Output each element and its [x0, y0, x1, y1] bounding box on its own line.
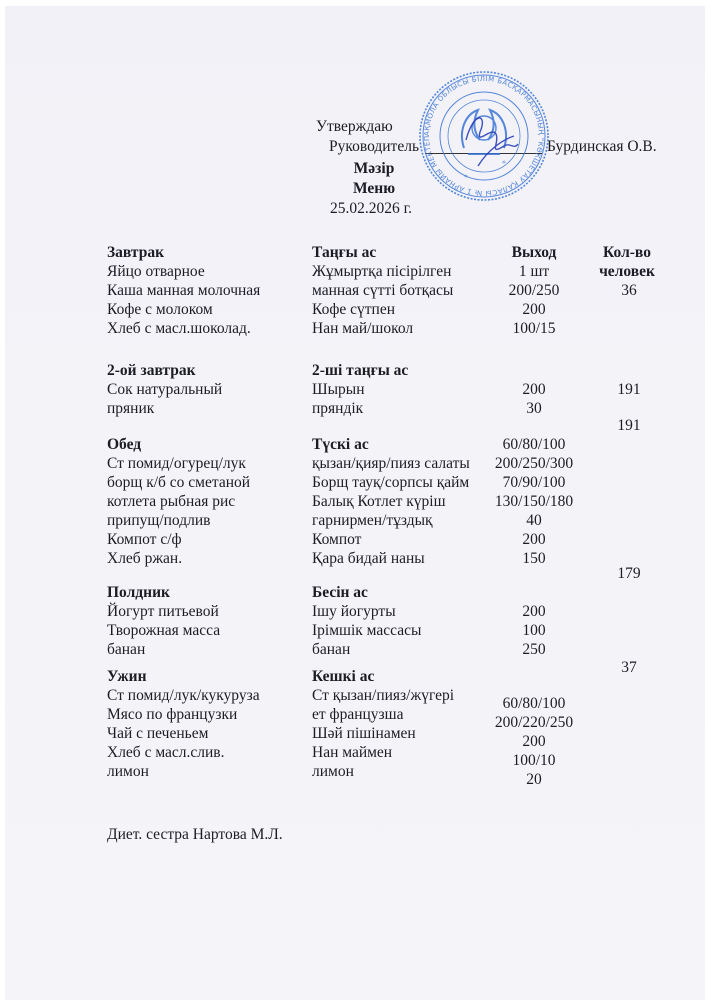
menu-item-kz: пряндік [312, 399, 408, 418]
meal-yields: 60/80/100200/220/250200100/1020 [484, 694, 584, 789]
person-count: 191 [617, 416, 640, 435]
menu-item-kz: ет французша [312, 705, 454, 724]
menu-item-ru: Яйцо отварное [107, 262, 260, 281]
svg-text:*: * [502, 159, 506, 168]
menu-item-kz: банан [312, 640, 421, 659]
meal-items-kz: Бесін асІшу йогуртыІрімшік массасыбанан [312, 583, 421, 659]
yield-value: 200 [484, 732, 584, 751]
person-count: 191 [617, 380, 640, 399]
menu-item-ru: Хлеб с масл.шоколад. [107, 319, 260, 338]
menu-item-kz: Кофе сүтпен [312, 300, 453, 319]
meal-title-ru: Обед [107, 435, 250, 454]
menu-item-kz: Шәй пішінамен [312, 724, 454, 743]
yield-value: 200 [484, 300, 584, 319]
person-count: 37 [621, 658, 637, 677]
menu-item-kz: Қара бидай наны [312, 549, 470, 568]
menu-item-ru: банан [107, 640, 220, 659]
person-count: 179 [617, 564, 640, 583]
menu-item-ru: Компот с/ф [107, 530, 250, 549]
menu-item-kz: Ішу йогурты [312, 602, 421, 621]
meal-title-kz: Түскі ас [312, 435, 470, 454]
position-label: Руководитель [329, 137, 419, 156]
menu-item-ru: пряник [107, 399, 222, 418]
menu-item-ru: Хлеб с масл.слив. [107, 743, 260, 762]
menu-item-kz: гарнирмен/тұздық [312, 511, 470, 530]
yield-value: 130/150/180 [484, 492, 584, 511]
yield-value: 250 [484, 640, 584, 659]
meal-items-ru: ПолдникЙогурт питьевойТворожная массабан… [107, 583, 220, 659]
meal-title-kz: Кешкі ас [312, 667, 454, 686]
menu-item-kz: лимон [312, 762, 454, 781]
menu-item-kz: Борщ тауқ/сорпсы қайм [312, 473, 470, 492]
menu-item-kz: Жұмыртқа пісірілген [312, 262, 453, 281]
meal-title-ru: Ужин [107, 667, 260, 686]
yield-value: 200 [484, 602, 584, 621]
yield-column-header: Выход [512, 243, 557, 262]
director-name: Бурдинская О.В. [547, 137, 657, 156]
svg-text:АҚМОЛА ОБЛЫСЫ БІЛІМ БАСҚАРМАСЫ: АҚМОЛА ОБЛЫСЫ БІЛІМ БАСҚАРМАСЫНЫҢ "КӨКШЕ… [418, 70, 545, 197]
meal-title-kz: Таңғы ас [312, 243, 453, 262]
menu-date: 25.02.2026 г. [330, 199, 412, 218]
meal-items-ru: УжинСт помид/лук/кукурузаМясо по француз… [107, 667, 260, 781]
menu-item-ru: Ст помид/огурец/лук [107, 454, 250, 473]
meal-yields: 60/80/100200/250/30070/90/100130/150/180… [484, 435, 584, 568]
meal-items-kz: Кешкі асСт қызан/пияз/жүгеріет французша… [312, 667, 454, 781]
menu-item-ru: Сок натуральный [107, 380, 222, 399]
meal-items-kz: 2-ші таңғы асШырынпряндік [312, 361, 408, 418]
yield-value: 70/90/100 [484, 473, 584, 492]
meal-yields: 20030 [484, 380, 584, 418]
svg-text:*: * [464, 173, 468, 182]
count-column-header-line1: Кол-во [603, 243, 651, 262]
title-kz: Мәзір [354, 159, 395, 178]
menu-item-kz: Компот [312, 530, 470, 549]
menu-item-kz: Нан май/шокол [312, 319, 453, 338]
menu-item-kz: Шырын [312, 380, 408, 399]
menu-item-kz: манная сүтті ботқасы [312, 281, 453, 300]
yield-value: 1 шт [484, 262, 584, 281]
menu-item-ru: лимон [107, 762, 260, 781]
meal-title-kz: Бесін ас [312, 583, 421, 602]
menu-item-ru: Каша манная молочная [107, 281, 260, 300]
yield-value: 60/80/100 [484, 694, 584, 713]
menu-item-ru: борщ к/б со сметаной [107, 473, 250, 492]
meal-items-kz: Түскі асқызан/қияр/пияз салатыБорщ тауқ/… [312, 435, 470, 568]
menu-item-ru: Хлеб ржан. [107, 549, 250, 568]
title-ru: Меню [353, 179, 395, 198]
meal-items-ru: 2-ой завтракСок натуральныйпряник [107, 361, 222, 418]
yield-value: 60/80/100 [484, 435, 584, 454]
yield-value: 200/220/250 [484, 713, 584, 732]
yield-value: 20 [484, 770, 584, 789]
meal-title-ru: Завтрак [107, 243, 260, 262]
official-stamp-icon: АҚМОЛА ОБЛЫСЫ БІЛІМ БАСҚАРМАСЫНЫҢ "КӨКШЕ… [418, 70, 550, 202]
menu-item-kz: Ст қызан/пияз/жүгері [312, 686, 454, 705]
menu-item-kz: Балық Котлет күріш [312, 492, 470, 511]
yield-value: 100/10 [484, 751, 584, 770]
menu-item-ru: Чай с печеньем [107, 724, 260, 743]
menu-item-ru: Творожная масса [107, 621, 220, 640]
meal-title-kz: 2-ші таңғы ас [312, 361, 408, 380]
menu-item-ru: Мясо по французки [107, 705, 260, 724]
approve-label: Утверждаю [316, 117, 393, 136]
yield-value: 100/15 [484, 319, 584, 338]
yield-value: 100 [484, 621, 584, 640]
yield-value: 30 [484, 399, 584, 418]
menu-item-kz: Ірімшік массасы [312, 621, 421, 640]
yield-value: 200 [484, 530, 584, 549]
meal-title-ru: Полдник [107, 583, 220, 602]
menu-item-ru: Кофе с молоком [107, 300, 260, 319]
menu-item-kz: Нан маймен [312, 743, 454, 762]
dietitian-signature: Диет. сестра Нартова М.Л. [107, 825, 283, 844]
menu-item-ru: припущ/подлив [107, 511, 250, 530]
meal-yields: 200100250 [484, 602, 584, 659]
meal-items-kz: Таңғы асЖұмыртқа пісірілгенманная сүтті … [312, 243, 453, 338]
yield-value: 150 [484, 549, 584, 568]
meal-items-ru: ОбедСт помид/огурец/лукборщ к/б со смета… [107, 435, 250, 568]
yield-value: 40 [484, 511, 584, 530]
meal-items-ru: ЗавтракЯйцо отварноеКаша манная молочная… [107, 243, 260, 338]
menu-item-kz: қызан/қияр/пияз салаты [312, 454, 470, 473]
yield-value: 200/250/300 [484, 454, 584, 473]
meal-yields: 1 шт200/250200100/15 [484, 262, 584, 338]
count-column-header-line2: человек [599, 262, 655, 281]
person-count: 36 [621, 281, 637, 300]
menu-item-ru: Йогурт питьевой [107, 602, 220, 621]
yield-value: 200/250 [484, 281, 584, 300]
yield-value: 200 [484, 380, 584, 399]
meal-title-ru: 2-ой завтрак [107, 361, 222, 380]
menu-item-ru: котлета рыбная рис [107, 492, 250, 511]
menu-item-ru: Ст помид/лук/кукуруза [107, 686, 260, 705]
